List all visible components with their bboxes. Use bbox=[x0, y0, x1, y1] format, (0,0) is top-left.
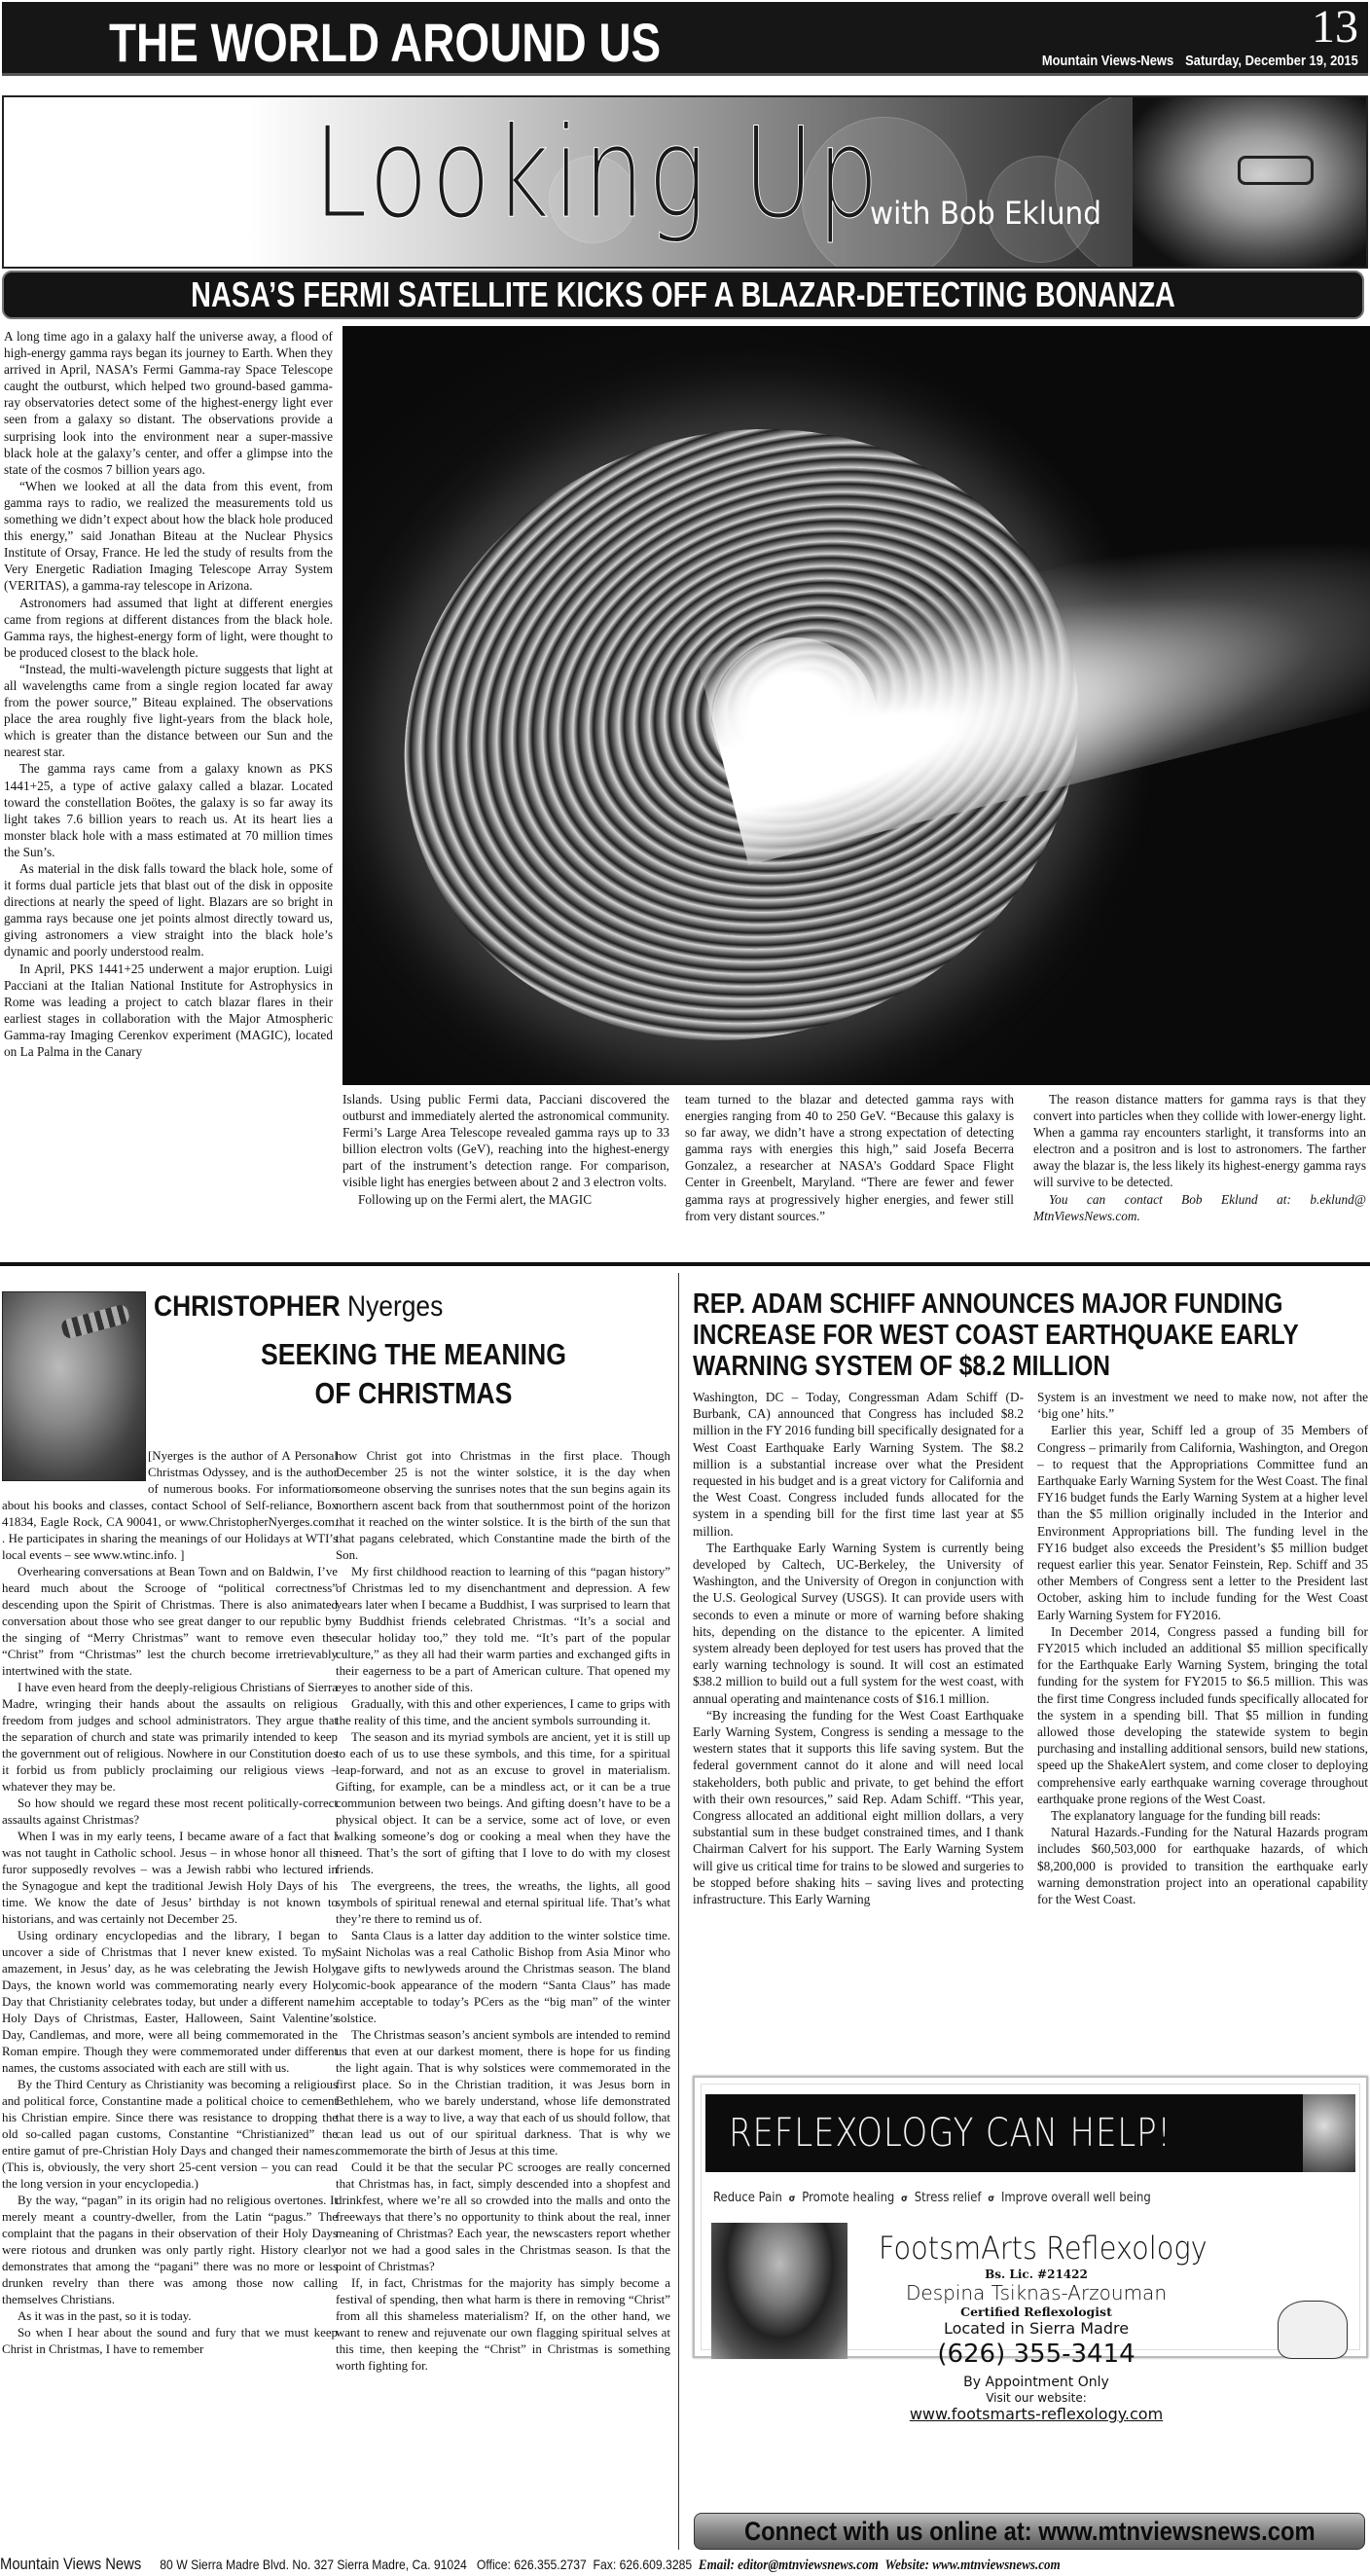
footer-paper-name: Mountain Views News bbox=[0, 2555, 141, 2573]
paragraph: The evergreens, the trees, the wreaths, … bbox=[336, 1878, 670, 1928]
story1-column-4: The reason distance matters for gamma ra… bbox=[1033, 1091, 1366, 1224]
bandana-detail bbox=[60, 1303, 131, 1339]
author-photo bbox=[1133, 97, 1366, 269]
paragraph: By the way, “pagan” in its origin had no… bbox=[2, 2193, 338, 2308]
paragraph: Could it be that the secular PC scrooges… bbox=[336, 2159, 670, 2275]
paragraph: how Christ got into Christmas in the fir… bbox=[336, 1448, 670, 1564]
ad-banner-text: REFLEXOLOGY CAN HELP! bbox=[729, 2094, 1172, 2172]
paragraph: In December 2014, Congress passed a fund… bbox=[1037, 1623, 1368, 1807]
paragraph: If, in fact, Christmas for the majority … bbox=[336, 2275, 670, 2375]
paragraph: System is an investment we need to make … bbox=[1037, 1389, 1368, 1422]
paragraph: The season and its myriad symbols are an… bbox=[336, 1729, 670, 1878]
footer-fax: Fax: 626.609.3285 bbox=[594, 2557, 693, 2572]
masthead: THE WORLD AROUND US 13 Mountain Views-Ne… bbox=[2, 2, 1368, 76]
blazar-illustration bbox=[342, 326, 1370, 1085]
column-byline: with Bob Eklund bbox=[870, 195, 1101, 232]
story2-column-2: how Christ got into Christmas in the fir… bbox=[336, 1448, 670, 2375]
story2-column-1: [Nyerges is the author of A Personal Chr… bbox=[2, 1448, 338, 2358]
paragraph: “Instead, the multi-wavelength picture s… bbox=[4, 661, 333, 761]
paragraph: Using ordinary encyclopedias and the lib… bbox=[2, 1928, 338, 2077]
footer-website[interactable]: Website: www.mtnviewsnews.com bbox=[885, 2558, 1061, 2573]
certification: Certified Reflexologist bbox=[861, 2304, 1211, 2319]
headline-line: SEEKING THE MEANING bbox=[192, 1335, 635, 1374]
benefit-item: Reduce Pain bbox=[713, 2190, 782, 2205]
column-divider bbox=[678, 1273, 679, 2550]
section-divider bbox=[0, 1262, 1370, 1266]
story1-column-1: A long time ago in a galaxy half the uni… bbox=[4, 328, 333, 1060]
connect-online-label: Connect with us online at: www.mtnviewsn… bbox=[744, 2514, 1316, 2549]
foot-massage-photo bbox=[1303, 2094, 1355, 2172]
section-title: THE WORLD AROUND US bbox=[109, 14, 661, 72]
ad-banner: REFLEXOLOGY CAN HELP! bbox=[705, 2094, 1303, 2172]
practitioner-photo bbox=[711, 2223, 847, 2359]
story2-headline: SEEKING THE MEANING OF CHRISTMAS bbox=[192, 1335, 635, 1413]
paragraph: So how should we regard these most recen… bbox=[2, 1796, 338, 1829]
paragraph: As it was in the past, so it is today. bbox=[2, 2308, 338, 2325]
separator-icon: σ bbox=[988, 2194, 994, 2204]
paragraph: “When we looked at all the data from thi… bbox=[4, 478, 333, 595]
paragraph: The gamma rays came from a galaxy known … bbox=[4, 760, 333, 860]
business-license: Bs. Lic. #21422 bbox=[861, 2268, 1211, 2281]
headline-line: WARNING SYSTEM OF $8.2 MILLION bbox=[693, 1351, 1274, 1382]
paragraph: The reason distance matters for gamma ra… bbox=[1033, 1091, 1366, 1191]
paragraph: My first childhood reaction to learning … bbox=[336, 1564, 670, 1696]
headline-line: OF CHRISTMAS bbox=[192, 1374, 635, 1413]
column-author: CHRISTOPHER Nyerges bbox=[154, 1290, 443, 1324]
benefit-item: Improve overall well being bbox=[1001, 2190, 1151, 2205]
benefit-item: Stress relief bbox=[915, 2190, 982, 2205]
headline-bar: NASA’S FERMI SATELLITE KICKS OFF A BLAZA… bbox=[2, 271, 1364, 319]
paragraph: A long time ago in a galaxy half the uni… bbox=[4, 328, 333, 478]
paragraph: team turned to the blazar and detected g… bbox=[685, 1091, 1014, 1224]
paragraph: So when I hear about the sound and fury … bbox=[2, 2325, 338, 2358]
page-footer: Mountain Views News 80 W Sierra Madre Bl… bbox=[0, 2555, 1370, 2574]
headline-line: REP. ADAM SCHIFF ANNOUNCES MAJOR FUNDING bbox=[693, 1288, 1274, 1320]
ad-benefits: Reduce PainσPromote healingσStress relie… bbox=[713, 2190, 1259, 2205]
appointment-note: By Appointment Only bbox=[861, 2374, 1211, 2391]
author-bio: [Nyerges is the author of A Personal Chr… bbox=[2, 1448, 338, 1564]
glasses-detail bbox=[1238, 156, 1314, 185]
paragraph: As material in the disk falls toward the… bbox=[4, 860, 333, 961]
author-first-name: CHRISTOPHER bbox=[154, 1290, 341, 1323]
paragraph: Astronomers had assumed that light at di… bbox=[4, 595, 333, 661]
paragraph: Overhearing conversations at Bean Town a… bbox=[2, 1564, 338, 1680]
paragraph: I have even heard from the deeply-religi… bbox=[2, 1680, 338, 1796]
author-last-name: Nyerges bbox=[341, 1290, 444, 1323]
ad-business-info: FootsmArts Reflexology Bs. Lic. #21422 D… bbox=[861, 2229, 1211, 2424]
separator-icon: σ bbox=[901, 2194, 908, 2204]
paragraph: Gradually, with this and other experienc… bbox=[336, 1696, 670, 1729]
benefit-item: Promote healing bbox=[802, 2190, 894, 2205]
business-name: FootsmArts Reflexology bbox=[879, 2229, 1194, 2268]
story1-column-2: Islands. Using public Fermi data, Paccia… bbox=[342, 1091, 669, 1208]
reflexology-advertisement[interactable]: REFLEXOLOGY CAN HELP! Reduce PainσPromot… bbox=[693, 2076, 1368, 2358]
separator-icon: σ bbox=[789, 2194, 796, 2204]
paragraph: Santa Claus is a latter day addition to … bbox=[336, 1928, 670, 2027]
paragraph: Islands. Using public Fermi data, Paccia… bbox=[342, 1091, 669, 1191]
paper-date-line: Mountain Views-NewsSaturday, December 19… bbox=[1030, 53, 1358, 69]
photo-float bbox=[2, 1448, 148, 1495]
paragraph: In April, PKS 1441+25 underwent a major … bbox=[4, 961, 333, 1061]
ad-website-link[interactable]: www.footsmarts-reflexology.com bbox=[861, 2405, 1211, 2424]
story1-column-3: team turned to the blazar and detected g… bbox=[685, 1091, 1014, 1224]
ad-frame: REFLEXOLOGY CAN HELP! Reduce PainσPromot… bbox=[701, 2084, 1360, 2350]
story3-column-1: Washington, DC – Today, Congressman Adam… bbox=[693, 1389, 1024, 1907]
issue-date: Saturday, December 19, 2015 bbox=[1185, 53, 1358, 69]
location: Located in Sierra Madre bbox=[861, 2319, 1211, 2339]
phone-number[interactable]: (626) 355-3414 bbox=[861, 2339, 1211, 2370]
paragraph: Following up on the Fermi alert, the MAG… bbox=[342, 1191, 669, 1208]
paragraph: The explanatory language for the funding… bbox=[1037, 1807, 1368, 1824]
author-contact: You can contact Bob Eklund at: b.eklund@… bbox=[1033, 1191, 1366, 1224]
paragraph: By the Third Century as Christianity was… bbox=[2, 2077, 338, 2193]
paragraph: Earlier this year, Schiff led a group of… bbox=[1037, 1422, 1368, 1622]
connect-online-button[interactable]: Connect with us online at: www.mtnviewsn… bbox=[694, 2513, 1365, 2550]
foot-reflexology-icon bbox=[1278, 2301, 1348, 2359]
paragraph: Natural Hazards.-Funding for the Natural… bbox=[1037, 1824, 1368, 1907]
column-title: Looking Up bbox=[313, 101, 882, 247]
paragraph: When I was in my early teens, I became a… bbox=[2, 1829, 338, 1928]
story3-headline: REP. ADAM SCHIFF ANNOUNCES MAJOR FUNDING… bbox=[693, 1288, 1274, 1382]
bright-core bbox=[712, 637, 878, 803]
page-number: 13 bbox=[1312, 2, 1358, 53]
paragraph: The Earthquake Early Warning System is c… bbox=[693, 1540, 1024, 1707]
footer-office-phone: Office: 626.355.2737 bbox=[477, 2557, 587, 2572]
footer-email[interactable]: Email: editor@mtnviewsnews.com bbox=[699, 2558, 879, 2573]
paragraph: The Christmas season’s ancient symbols a… bbox=[336, 2027, 670, 2159]
story-headline: NASA’S FERMI SATELLITE KICKS OFF A BLAZA… bbox=[140, 272, 1227, 317]
headline-line: INCREASE FOR WEST COAST EARTHQUAKE EARLY bbox=[693, 1320, 1274, 1351]
paragraph: “By increasing the funding for the West … bbox=[693, 1707, 1024, 1907]
looking-up-banner: Looking Up with Bob Eklund bbox=[2, 95, 1368, 269]
practitioner-name: Despina Tsiknas-Arzouman bbox=[861, 2281, 1211, 2304]
story3-column-2: System is an investment we need to make … bbox=[1037, 1389, 1368, 1907]
footer-address: 80 W Sierra Madre Blvd. No. 327 Sierra M… bbox=[160, 2557, 466, 2572]
paragraph: Washington, DC – Today, Congressman Adam… bbox=[693, 1389, 1024, 1540]
visit-label: Visit our website: bbox=[861, 2391, 1211, 2405]
paper-name: Mountain Views-News bbox=[1042, 53, 1173, 69]
